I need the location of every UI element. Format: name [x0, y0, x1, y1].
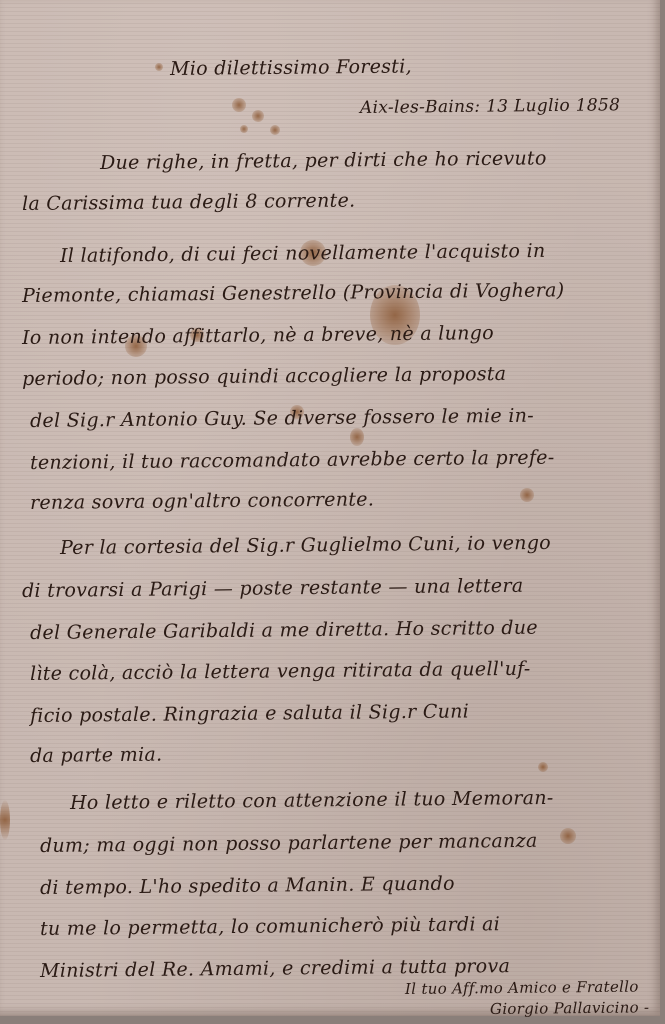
letter-line: la Carissima tua degli 8 corrente. [22, 190, 356, 215]
stain [270, 125, 280, 135]
signature: Giorgio Pallavicino - [490, 998, 650, 1018]
letter-line: Piemonte, chiamasi Genestrello (Provinci… [22, 279, 565, 307]
letter-line: del Generale Garibaldi a me diretta. Ho … [30, 617, 538, 644]
stain [560, 828, 576, 844]
letter-line: Io non intendo affittarlo, nè a breve, n… [22, 322, 494, 349]
letter-line: renza sovra ogn'altro concorrente. [30, 488, 374, 514]
stain [252, 110, 264, 122]
salutation: Mio dilettissimo Foresti, [170, 55, 412, 80]
letter-line: tu me lo permetta, lo comunicherò più ta… [40, 913, 500, 940]
letter-line: periodo; non posso quindi accogliere la … [22, 363, 507, 390]
stain [520, 488, 534, 502]
stain [538, 762, 548, 772]
letter-line: del Sig.r Antonio Guy. Se diverse fosser… [30, 405, 534, 432]
letter-line: Due righe, in fretta, per dirti che ho r… [100, 147, 547, 174]
letter-line: Per la cortesia del Sig.r Guglielmo Cuni… [60, 532, 551, 559]
closing: Il tuo Aff.mo Amico e Fratello [405, 978, 639, 998]
letter-line: dum; ma oggi non posso parlartene per ma… [40, 830, 538, 857]
stain [240, 125, 248, 133]
letter-line: Il latifondo, di cui feci novellamente l… [60, 240, 546, 267]
letter-page: Mio dilettissimo Foresti, Aix-les-Bains:… [0, 0, 660, 1016]
letter-line: Ho letto e riletto con attenzione il tuo… [70, 787, 554, 814]
letter-line: di trovarsi a Parigi — poste restante — … [22, 575, 524, 602]
stain [155, 63, 163, 71]
place-date: Aix-les-Bains: 13 Luglio 1858 [360, 95, 620, 118]
letter-line: ficio postale. Ringrazia e saluta il Sig… [30, 700, 469, 727]
letter-line: lìte colà, acciò la lettera venga ritira… [30, 658, 531, 685]
letter-line: da parte mia. [30, 744, 163, 767]
stain [350, 428, 364, 446]
letter-line: tenzioni, il tuo raccomandato avrebbe ce… [30, 447, 555, 474]
stain [232, 98, 246, 112]
stain [0, 800, 10, 840]
letter-line: Ministri del Re. Amami, e credimi a tutt… [40, 955, 510, 982]
letter-line: di tempo. L'ho spedito a Manin. E quando [40, 873, 455, 899]
